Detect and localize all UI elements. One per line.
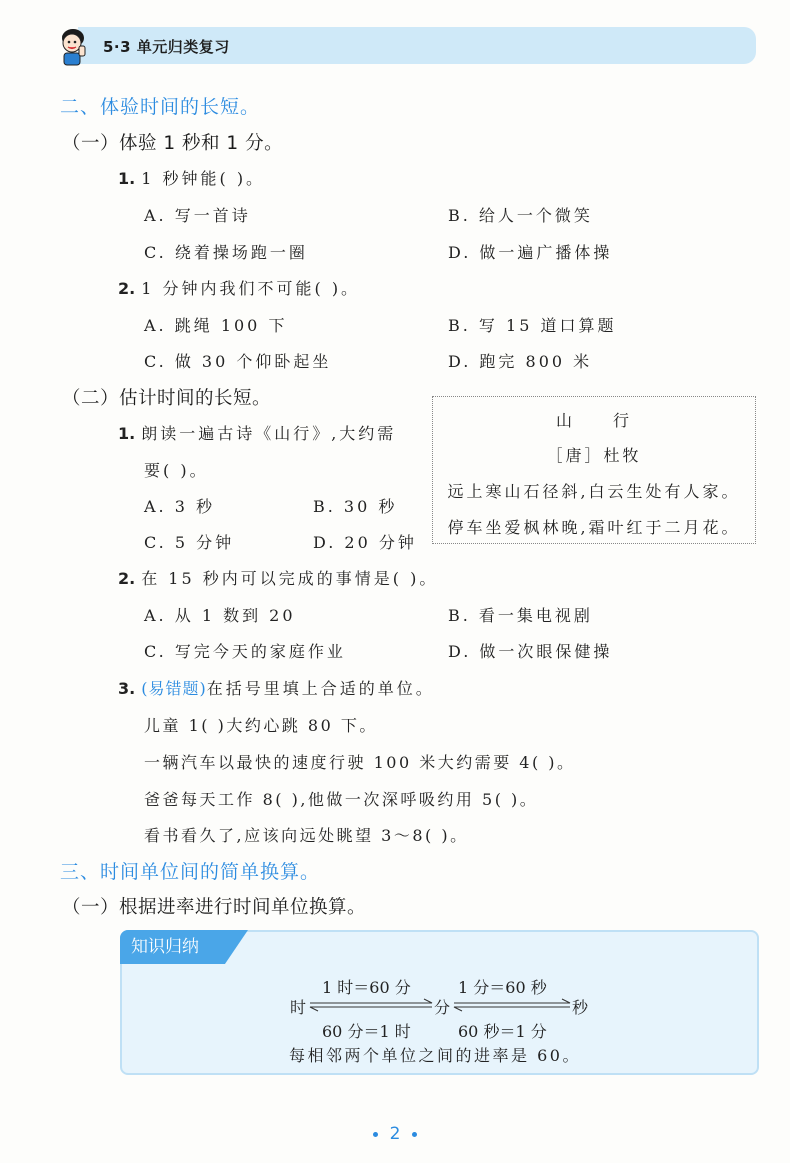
option-a[interactable]: A. 3 秒 [144,494,215,517]
option-a[interactable]: A. 从 1 数到 20 [144,603,296,626]
dot-icon [412,1132,417,1137]
question-1: 1.1 秒钟能( )。 [118,166,265,189]
section-3-part-1-title: （一）根据进率进行时间单位换算。 [62,893,366,919]
unit-second: 秒 [572,995,588,1018]
page-number: 2 [0,1124,790,1144]
option-c[interactable]: C. 做 30 个仰卧起坐 [144,349,331,372]
poem-line-1: 远上寒山石径斜,白云生处有人家。 [433,479,755,502]
poem-author: ［唐］杜牧 [433,443,755,466]
option-d[interactable]: D. 20 分钟 [313,530,417,553]
question-text-continued: 要( )。 [144,458,209,481]
option-a[interactable]: A. 跳绳 100 下 [144,313,287,336]
poem-box: 山 行 ［唐］杜牧 远上寒山石径斜,白云生处有人家。 停车坐爱枫林晚,霜叶红于二… [432,396,756,544]
option-b[interactable]: B. 写 15 道口算题 [448,313,616,336]
option-c[interactable]: C. 5 分钟 [144,530,234,553]
fill-line-4[interactable]: 看书看久了,应该向远处眺望 3～8( )。 [144,823,469,846]
question-text: 1 分钟内我们不可能( )。 [141,279,360,298]
fill-line-2[interactable]: 一辆汽车以最快的速度行驶 100 米大约需要 4( )。 [144,750,576,773]
double-arrow-icon [450,998,574,1012]
option-d[interactable]: D. 做一次眼保健操 [448,639,612,662]
section-3-title: 三、时间单位间的简单换算。 [60,857,320,884]
error-prone-tag: (易错题) [141,679,207,698]
dot-icon [373,1132,378,1137]
option-b[interactable]: B. 给人一个微笑 [448,203,593,226]
fill-line-3[interactable]: 爸爸每天工作 8( ),他做一次深呼吸约用 5( )。 [144,787,538,810]
option-c[interactable]: C. 绕着操场跑一圈 [144,240,308,263]
double-arrow-icon [306,998,436,1012]
section-2-title: 二、体验时间的长短。 [60,92,260,119]
page-number-value: 2 [390,1124,401,1144]
question-number: 1. [118,424,135,443]
header-title: 5·3 单元归类复习 [103,36,230,57]
conversion-2-bottom: 60 秒＝1 分 [458,1019,547,1042]
unit-hour: 时 [290,995,306,1018]
question-2-2: 2.在 15 秒内可以完成的事情是( )。 [118,566,438,589]
section-2-part-1-title: （一）体验 1 秒和 1 分。 [62,129,283,155]
mascot-icon [58,26,90,66]
option-a[interactable]: A. 写一首诗 [144,203,251,226]
section-2-part-2-title: （二）估计时间的长短。 [62,384,271,410]
question-number: 2. [118,569,135,588]
unit-minute: 分 [434,995,450,1018]
fill-line-1[interactable]: 儿童 1( )大约心跳 80 下。 [144,713,378,736]
option-d[interactable]: D. 做一遍广播体操 [448,240,612,263]
option-b[interactable]: B. 看一集电视剧 [448,603,593,626]
option-c[interactable]: C. 写完今天的家庭作业 [144,639,346,662]
conversion-1-top: 1 时＝60 分 [322,975,411,998]
option-d[interactable]: D. 跑完 800 米 [448,349,592,372]
knowledge-summary: 每相邻两个单位之间的进率是 60。 [289,1043,581,1066]
question-text: 朗读一遍古诗《山行》,大约需 [141,424,396,443]
question-text: 在 15 秒内可以完成的事情是( )。 [141,569,438,588]
question-2: 2.1 分钟内我们不可能( )。 [118,276,360,299]
option-b[interactable]: B. 30 秒 [313,494,397,517]
conversion-1-bottom: 60 分＝1 时 [322,1019,411,1042]
question-number: 2. [118,279,135,298]
question-2-1: 1.朗读一遍古诗《山行》,大约需 [118,421,396,444]
poem-title: 山 行 [433,408,755,431]
poem-line-2: 停车坐爱枫林晚,霜叶红于二月花。 [433,515,755,538]
question-2-3: 3.(易错题)在括号里填上合适的单位。 [118,676,435,699]
question-text: 在括号里填上合适的单位。 [207,679,435,698]
question-number: 1. [118,169,135,188]
conversion-2-top: 1 分＝60 秒 [458,975,547,998]
question-text: 1 秒钟能( )。 [141,169,265,188]
question-number: 3. [118,679,135,698]
